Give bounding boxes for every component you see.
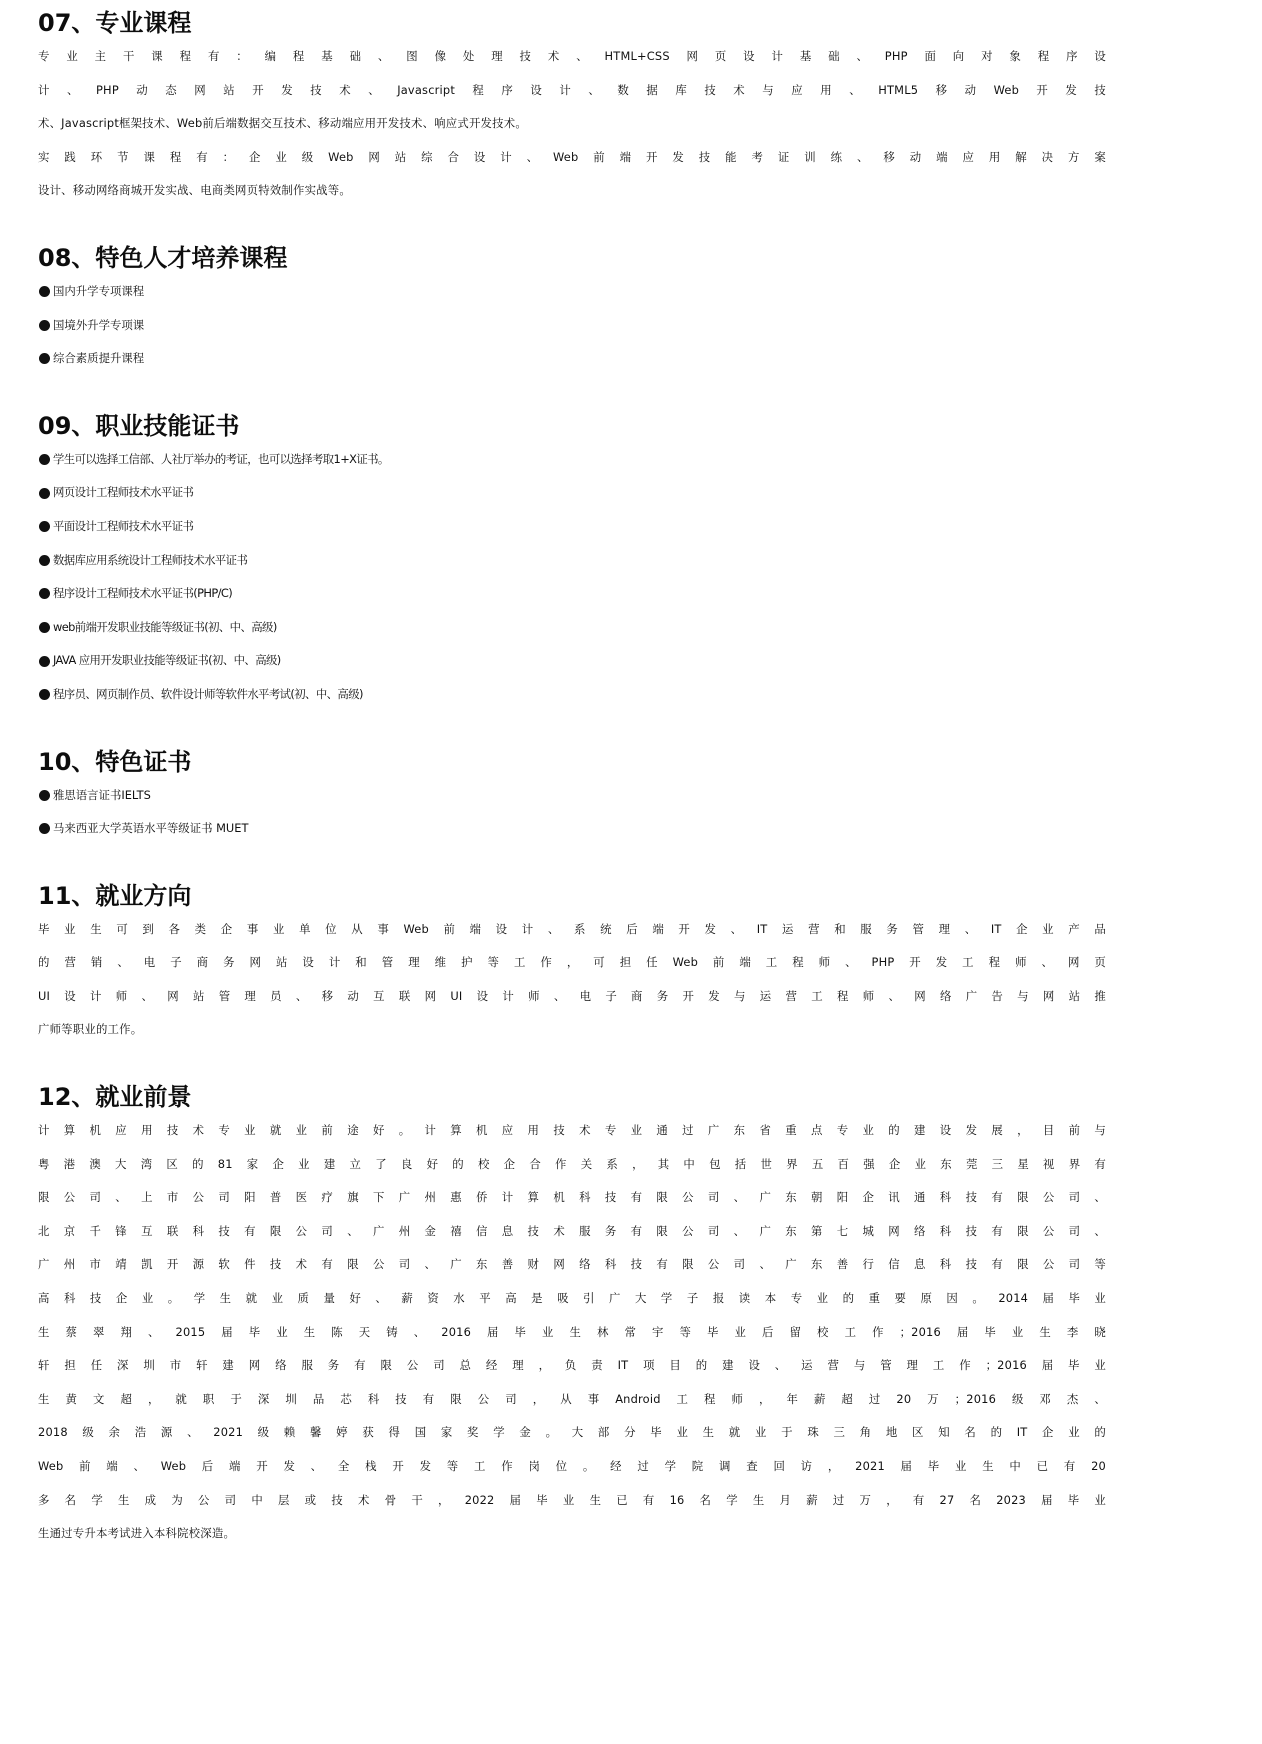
text-line: 术、Javascript框架技术、Web前后端数据交互技术、移动端应用开发技术、… [38,107,1106,141]
list-item: JAVA 应用开发职业技能等级证书(初、中、高级) [38,644,1106,678]
list-item-text: 综合素质提升课程 [53,342,144,376]
list-item-text: 数据库应用系统设计工程师技术水平证书 [53,544,247,578]
text-line: 计算机应用技术专业就业前途好。计算机应用技术专业通过广东省重点专业的建设发展，目… [38,1114,1106,1148]
section-vocational-certificates: 09、职业技能证书 学生可以选择工信部、人社厅举办的考证，也可以选择考取1+X证… [38,409,1106,712]
document-page: 07、专业课程 专业主干课程有：编程基础、图像处理技术、HTML+CSS网页设计… [0,0,1106,1551]
list-item: 平面设计工程师技术水平证书 [38,510,1106,544]
list-item-text: 程序设计工程师技术水平证书(PHP/C) [53,577,232,611]
bullet-icon [39,588,50,599]
bullet-list: 雅思语言证书IELTS 马来西亚大学英语水平等级证书 MUET [38,779,1106,846]
list-item-text: web前端开发职业技能等级证书(初、中、高级) [53,611,277,645]
text-line: 广州市靖凯开源软件技术有限公司、广东善财网络科技有限公司、广东善行信息科技有限公… [38,1248,1106,1282]
list-item-text: 学生可以选择工信部、人社厅举办的考证，也可以选择考取1+X证书。 [53,443,389,477]
bullet-icon [39,488,50,499]
list-item: 雅思语言证书IELTS [38,779,1106,813]
text-line: 生黄文超，就职于深圳品芯科技有限公司，从事Android工程师，年薪超过20万；… [38,1383,1106,1417]
section-title: 08、特色人才培养课程 [38,241,1106,275]
list-item-text: 国境外升学专项课 [53,309,144,343]
bullet-icon [39,454,50,465]
section-employment-prospects: 12、就业前景 计算机应用技术专业就业前途好。计算机应用技术专业通过广东省重点专… [38,1080,1106,1551]
section-title: 09、职业技能证书 [38,409,1106,443]
bullet-icon [39,689,50,700]
bullet-icon [39,353,50,364]
section-body: 计算机应用技术专业就业前途好。计算机应用技术专业通过广东省重点专业的建设发展，目… [38,1114,1106,1551]
text-line: 多名学生成为公司中层或技术骨干，2022届毕业生已有16名学生月薪过万，有27名… [38,1484,1106,1518]
list-item-text: 国内升学专项课程 [53,275,144,309]
list-item-text: 网页设计工程师技术水平证书 [53,476,193,510]
bullet-icon [39,286,50,297]
text-line: 生通过专升本考试进入本科院校深造。 [38,1517,1106,1551]
section-body: 专业主干课程有：编程基础、图像处理技术、HTML+CSS网页设计基础、PHP面向… [38,40,1106,208]
list-item: 网页设计工程师技术水平证书 [38,476,1106,510]
list-item: 国境外升学专项课 [38,309,1106,343]
section-body: 毕业生可到各类企事业单位从事Web前端设计、系统后端开发、IT运营和服务管理、I… [38,913,1106,1047]
bullet-icon [39,622,50,633]
bullet-icon [39,790,50,801]
section-featured-talent-courses: 08、特色人才培养课程 国内升学专项课程 国境外升学专项课 综合素质提升课程 [38,241,1106,376]
section-professional-courses: 07、专业课程 专业主干课程有：编程基础、图像处理技术、HTML+CSS网页设计… [38,6,1106,208]
section-title: 12、就业前景 [38,1080,1106,1114]
bullet-list: 国内升学专项课程 国境外升学专项课 综合素质提升课程 [38,275,1106,376]
text-line: 广师等职业的工作。 [38,1013,1106,1047]
list-item: 国内升学专项课程 [38,275,1106,309]
text-line: UI设计师、网站管理员、移动互联网UI设计师、电子商务开发与运营工程师、网络广告… [38,980,1106,1014]
text-line: Web前端、Web后端开发、全栈开发等工作岗位。经过学院调查回访，2021届毕业… [38,1450,1106,1484]
section-employment-direction: 11、就业方向 毕业生可到各类企事业单位从事Web前端设计、系统后端开发、IT运… [38,879,1106,1047]
list-item-text: 雅思语言证书IELTS [53,779,151,813]
text-line: 计、PHP动态网站开发技术、Javascript程序设计、数据库技术与应用、HT… [38,74,1106,108]
bullet-icon [39,823,50,834]
section-title: 11、就业方向 [38,879,1106,913]
bullet-icon [39,521,50,532]
text-line: 毕业生可到各类企事业单位从事Web前端设计、系统后端开发、IT运营和服务管理、I… [38,913,1106,947]
text-line: 专业主干课程有：编程基础、图像处理技术、HTML+CSS网页设计基础、PHP面向… [38,40,1106,74]
text-line: 实践环节课程有：企业级Web网站综合设计、Web前端开发技能考证训练、移动端应用… [38,141,1106,175]
text-line: 设计、移动网络商城开发实战、电商类网页特效制作实战等。 [38,174,1106,208]
list-item: 程序设计工程师技术水平证书(PHP/C) [38,577,1106,611]
section-featured-certificates: 10、特色证书 雅思语言证书IELTS 马来西亚大学英语水平等级证书 MUET [38,745,1106,846]
bullet-list: 学生可以选择工信部、人社厅举办的考证，也可以选择考取1+X证书。 网页设计工程师… [38,443,1106,712]
bullet-icon [39,656,50,667]
bullet-icon [39,320,50,331]
list-item-text: 程序员、网页制作员、软件设计师等软件水平考试(初、中、高级) [53,678,363,712]
text-line: 轩担任深圳市轩建网络服务有限公司总经理，负责IT项目的建设、运营与管理工作；20… [38,1349,1106,1383]
text-line: 高科技企业。学生就业质量好、薪资水平高是吸引广大学子报读本专业的重要原因。201… [38,1282,1106,1316]
list-item-text: JAVA 应用开发职业技能等级证书(初、中、高级) [53,644,281,678]
list-item: 综合素质提升课程 [38,342,1106,376]
list-item: 数据库应用系统设计工程师技术水平证书 [38,544,1106,578]
text-line: 北京千锋互联科技有限公司、广州金禧信息技术服务有限公司、广东第七城网络科技有限公… [38,1215,1106,1249]
list-item: web前端开发职业技能等级证书(初、中、高级) [38,611,1106,645]
text-line: 限公司、上市公司阳普医疗旗下广州惠侨计算机科技有限公司、广东朝阳企讯通科技有限公… [38,1181,1106,1215]
section-title: 10、特色证书 [38,745,1106,779]
text-line: 生蔡翠翔、2015届毕业生陈天铸、2016届毕业生林常宇等毕业后留校工作；201… [38,1316,1106,1350]
bullet-icon [39,555,50,566]
text-line: 的营销、电子商务网站设计和管理维护等工作，可担任Web前端工程师、PHP开发工程… [38,946,1106,980]
text-line: 粤港澳大湾区的81家企业建立了良好的校企合作关系，其中包括世界五百强企业东莞三星… [38,1148,1106,1182]
list-item: 学生可以选择工信部、人社厅举办的考证，也可以选择考取1+X证书。 [38,443,1106,477]
list-item-text: 平面设计工程师技术水平证书 [53,510,193,544]
list-item: 马来西亚大学英语水平等级证书 MUET [38,812,1106,846]
text-line: 2018级余浩源、2021级赖馨婷获得国家奖学金。大部分毕业生就业于珠三角地区知… [38,1416,1106,1450]
section-title: 07、专业课程 [38,6,1106,40]
list-item-text: 马来西亚大学英语水平等级证书 MUET [53,812,248,846]
list-item: 程序员、网页制作员、软件设计师等软件水平考试(初、中、高级) [38,678,1106,712]
